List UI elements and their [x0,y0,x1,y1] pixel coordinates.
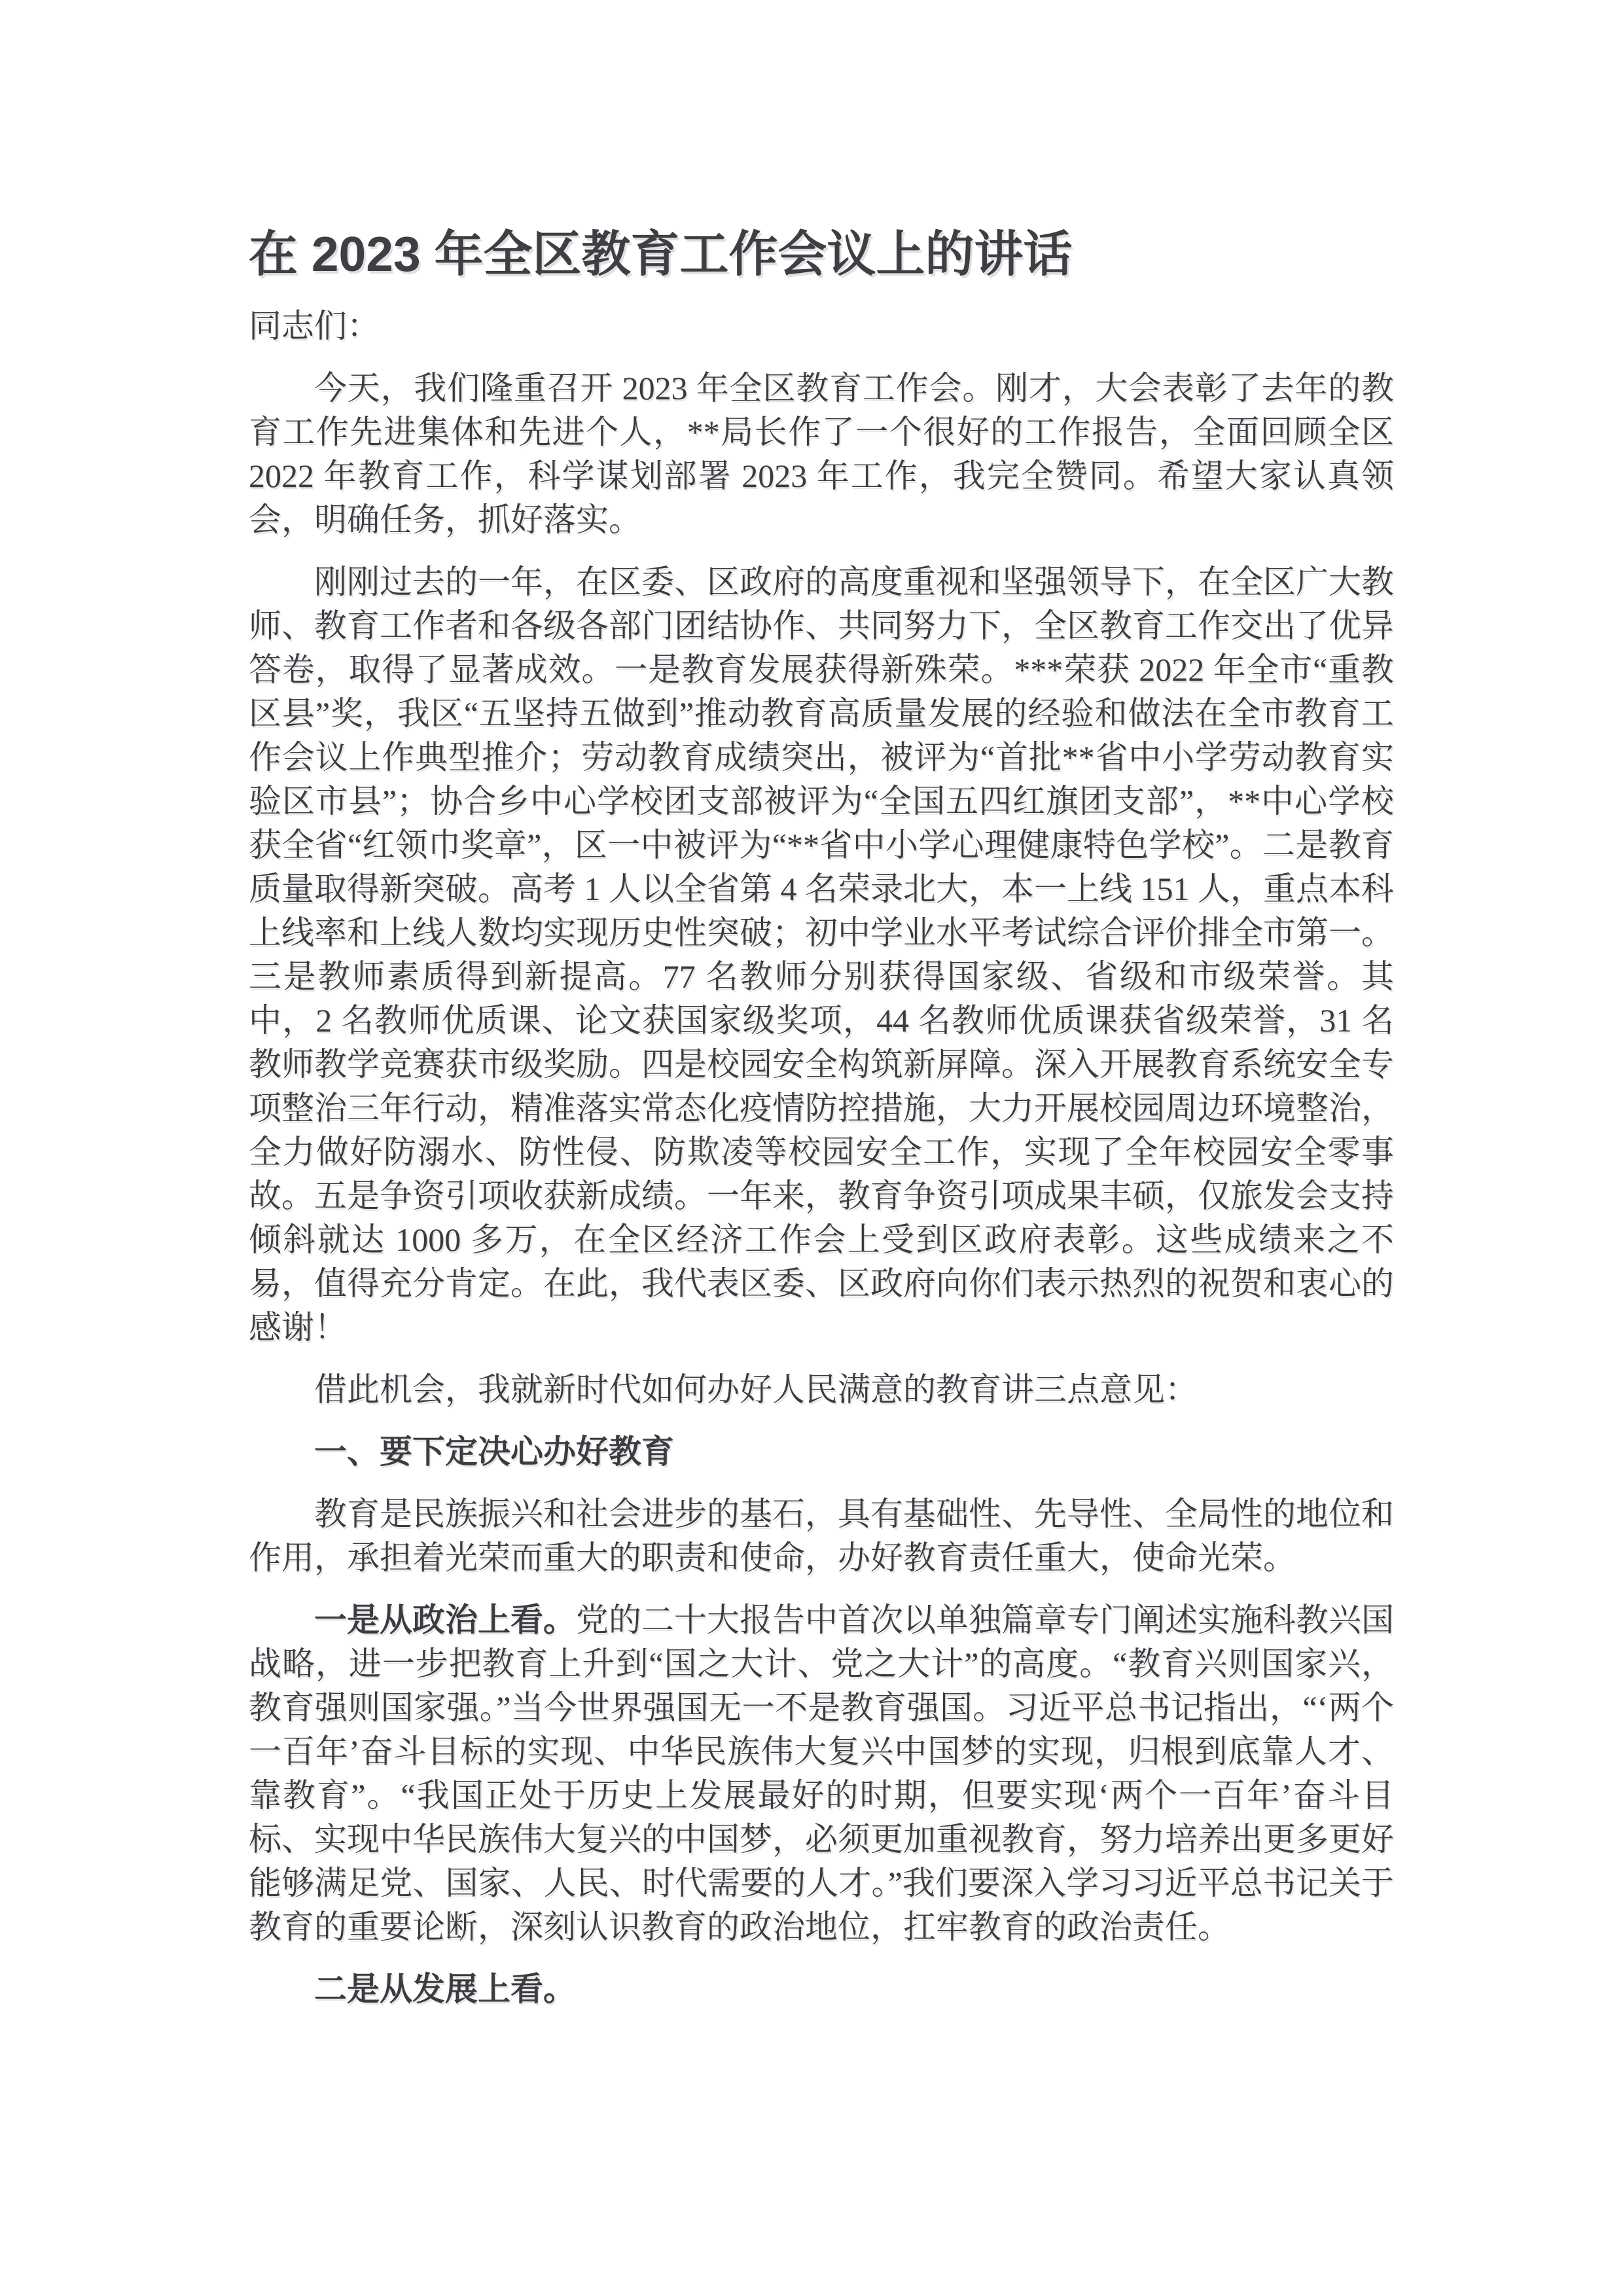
paragraph-opening: 今天，我们隆重召开 2023 年全区教育工作会。刚才，大会表彰了去年的教育工作先… [249,367,1394,542]
salutation: 同志们： [249,304,1394,348]
document-page: 在 2023 年全区教育工作会议上的讲话 同志们： 今天，我们隆重召开 2023… [0,0,1623,2296]
paragraph-transition: 借此机会，我就新时代如何办好人民满意的教育讲三点意见： [249,1368,1394,1412]
section-heading-2: 二是从发展上看。 [249,1967,1394,2011]
paragraph-education-foundation: 教育是民族振兴和社会进步的基石，具有基础性、先导性、全局性的地位和作用，承担着光… [249,1492,1394,1580]
political-view-body: 党的二十大报告中首次以单独篇章专门阐述实施科教兴国战略，进一步把教育上升到“国之… [249,1602,1394,1945]
paragraph-political-view: 一是从政治上看。党的二十大报告中首次以单独篇章专门阐述实施科教兴国战略，进一步把… [249,1598,1394,1949]
document-title: 在 2023 年全区教育工作会议上的讲话 [249,223,1394,286]
paragraph-year-review: 刚刚过去的一年，在区委、区政府的高度重视和坚强领导下，在全区广大教师、教育工作者… [249,560,1394,1350]
section-heading-1: 一、要下定决心办好教育 [249,1430,1394,1474]
political-view-bold-lead: 一是从政治上看。 [314,1602,576,1638]
